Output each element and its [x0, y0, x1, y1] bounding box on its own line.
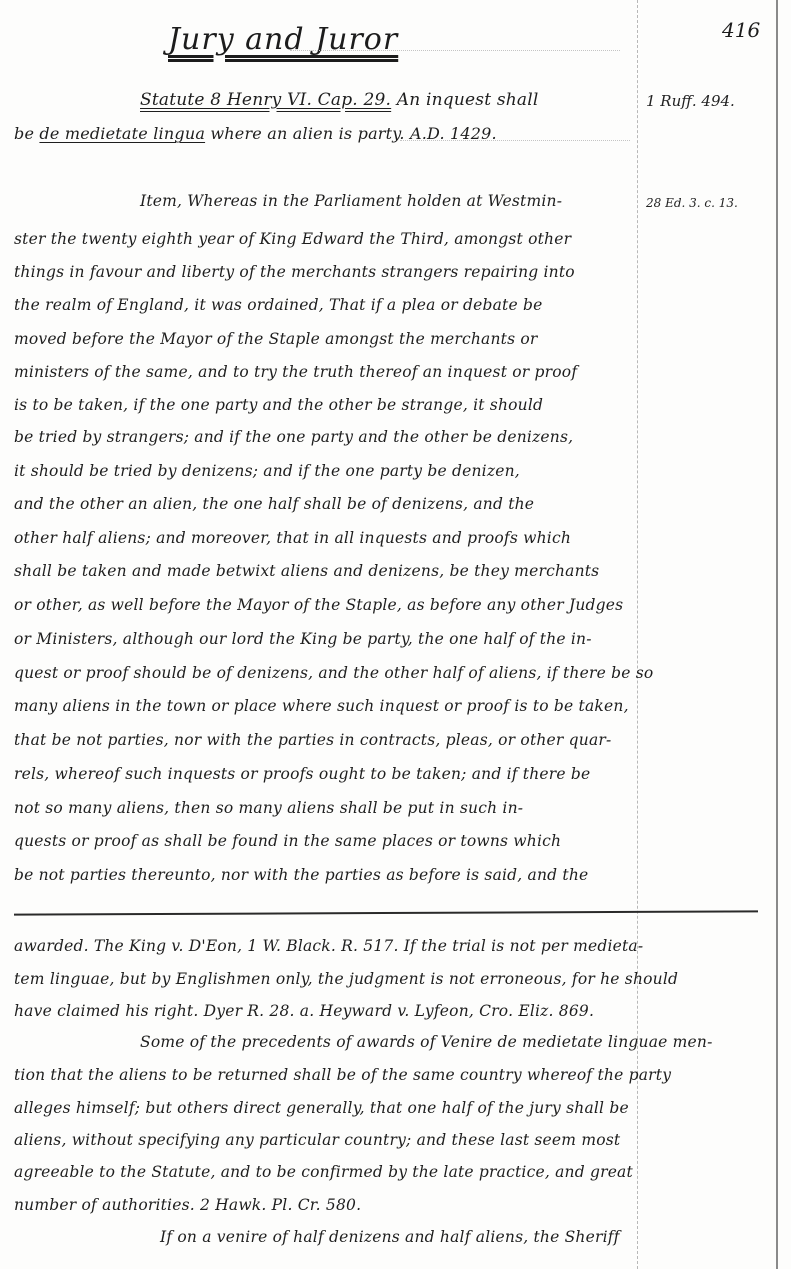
body-line: is to be taken, if the one party and the…: [14, 396, 543, 414]
heading-text: An inquest shall: [397, 90, 539, 110]
body-line: be tried by strangers; and if the one pa…: [14, 428, 573, 446]
manuscript-page: Jury and Juror 416 Statute 8 Henry VI. C…: [0, 0, 791, 1269]
body-line: ster the twenty eighth year of King Edwa…: [14, 230, 571, 248]
notes-separator: [14, 910, 758, 915]
note-line: alleges himself; but others direct gener…: [14, 1099, 629, 1117]
body-line: be not parties thereunto, nor with the p…: [14, 866, 588, 884]
margin-note-edward: 28 Ed. 3. c. 13.: [646, 196, 738, 210]
body-line: and the other an alien, the one half sha…: [14, 495, 534, 513]
note-line: have claimed his right. Dyer R. 28. a. H…: [14, 1002, 594, 1020]
body-line: ministers of the same, and to try the tr…: [14, 363, 577, 381]
note-line: If on a venire of half denizens and half…: [160, 1228, 620, 1246]
heading-line-1: Statute 8 Henry VI. Cap. 29. An inquest …: [140, 90, 539, 110]
note-line: agreeable to the Statute, and to be conf…: [14, 1163, 633, 1181]
body-line: things in favour and liberty of the merc…: [14, 263, 575, 281]
body-line: Item, Whereas in the Parliament holden a…: [140, 192, 562, 210]
heading-prefix: be: [14, 124, 34, 143]
page-edge-rule: [776, 0, 778, 1269]
body-line: or other, as well before the Mayor of th…: [14, 596, 623, 614]
page-title: Jury and Juror: [168, 22, 398, 57]
body-line: the realm of England, it was ordained, T…: [14, 296, 542, 314]
title-dotted-rule: [290, 50, 620, 51]
note-line: number of authorities. 2 Hawk. Pl. Cr. 5…: [14, 1196, 361, 1214]
body-line: or Ministers, although our lord the King…: [14, 630, 592, 648]
body-line: quests or proof as shall be found in the…: [14, 832, 561, 850]
body-line: that be not parties, nor with the partie…: [14, 731, 611, 749]
note-line: aliens, without specifying any particula…: [14, 1131, 620, 1149]
statute-citation: Statute 8 Henry VI. Cap. 29.: [140, 90, 391, 110]
note-line: tem linguae, but by Englishmen only, the…: [14, 970, 678, 988]
body-line: quest or proof should be of denizens, an…: [14, 664, 653, 682]
body-line: it should be tried by denizens; and if t…: [14, 462, 520, 480]
body-line: many aliens in the town or place where s…: [14, 697, 629, 715]
note-line: awarded. The King v. D'Eon, 1 W. Black. …: [14, 937, 643, 955]
page-number: 416: [722, 18, 760, 42]
note-line: tion that the aliens to be returned shal…: [14, 1066, 671, 1084]
note-line: Some of the precedents of awards of Veni…: [140, 1033, 713, 1051]
body-line: shall be taken and made betwixt aliens a…: [14, 562, 599, 580]
body-line: not so many aliens, then so many aliens …: [14, 799, 523, 817]
margin-note-ruff: 1 Ruff. 494.: [646, 92, 735, 110]
body-line: rels, whereof such inquests or proofs ou…: [14, 765, 590, 783]
latin-phrase: de medietate lingua: [39, 124, 205, 143]
body-line: other half aliens; and moreover, that in…: [14, 529, 571, 547]
heading-dotted-rule: [400, 140, 630, 141]
body-line: moved before the Mayor of the Staple amo…: [14, 330, 538, 348]
